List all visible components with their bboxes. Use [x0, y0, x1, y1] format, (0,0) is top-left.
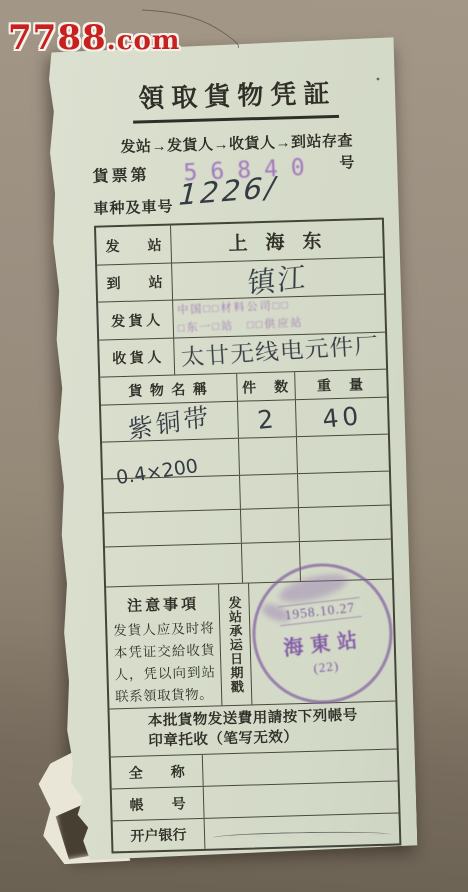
goods-weight-handwriting: 40 — [321, 400, 363, 433]
bank-name-value — [205, 813, 400, 848]
account-name-label: 全 称 — [111, 755, 204, 789]
fee-note: 本批貨物发送費用請按下列帳号 印章托收（笔写无效） — [109, 703, 358, 757]
watermark-number: 7788 — [8, 18, 107, 58]
document-title: 領取貨物凭証 — [132, 73, 339, 124]
watermark-domain: .com — [107, 26, 181, 56]
goods-weight-header: 重 量 — [295, 370, 387, 400]
depart-station-label: 发 站 — [96, 226, 172, 265]
vehicle-label: 車种及車号 — [93, 199, 173, 217]
station-date-stamp-label: 发站承运日期戳 — [227, 595, 243, 693]
vehicle-number-handwriting: 1226/ — [174, 170, 282, 212]
fee-note-row: 本批貨物发送費用請按下列帳号 印章托收（笔写无效） — [109, 701, 396, 757]
document-paper: 領取貨物凭証 发站→发貨人→收貨人→到站存查 貨票第 56840 号 車种及車号… — [45, 37, 418, 860]
bank-name-label: 开户银行 — [113, 819, 206, 852]
arrive-station-label: 到 站 — [97, 264, 173, 302]
fee-note-line2: 印章托收（笔写无效） — [148, 728, 298, 752]
watermark-7788: 7788.com — [8, 18, 180, 58]
photo-background: 領取貨物凭証 发站→发貨人→收貨人→到站存查 貨票第 56840 号 車种及車号… — [0, 0, 468, 892]
account-number-label: 帳 号 — [112, 787, 205, 821]
pen-stroke — [213, 831, 391, 838]
stamp-code: (22) — [313, 658, 340, 677]
stamp-station-name: 海東站 — [282, 623, 366, 661]
arrive-station-handwriting: 镇江 — [248, 255, 309, 302]
notice-section: 注意事項 发貨人应及时将本凭证交給收貨人，凭以向到站联系領取貨物。 — [106, 584, 222, 708]
waybill-suffix: 号 — [339, 151, 355, 172]
account-number-value — [204, 781, 399, 817]
goods-qty-handwriting: 2 — [256, 404, 279, 435]
notice-heading: 注意事項 — [127, 593, 200, 616]
consignee-label: 收 貨 人 — [99, 339, 175, 377]
waybill-label: 貨票第 — [92, 162, 150, 187]
depart-station-value: 上海东 — [171, 220, 383, 263]
goods-qty-header: 件 数 — [237, 372, 296, 401]
goods-name-header: 貨 物 名 稱 — [100, 374, 238, 405]
vehicle-number-line: 車种及車号 1226/ — [93, 190, 383, 219]
form-table: 发 站 上海东 到 站 镇江 发 貨 人 中国□□材料公司□□ □东一□站 □□… — [94, 218, 401, 854]
notice-body: 发貨人应及时将本凭证交給收貨人，凭以向到站联系領取貨物。 — [113, 618, 216, 708]
account-name-value — [203, 749, 398, 785]
consignor-label: 发 貨 人 — [98, 301, 174, 340]
